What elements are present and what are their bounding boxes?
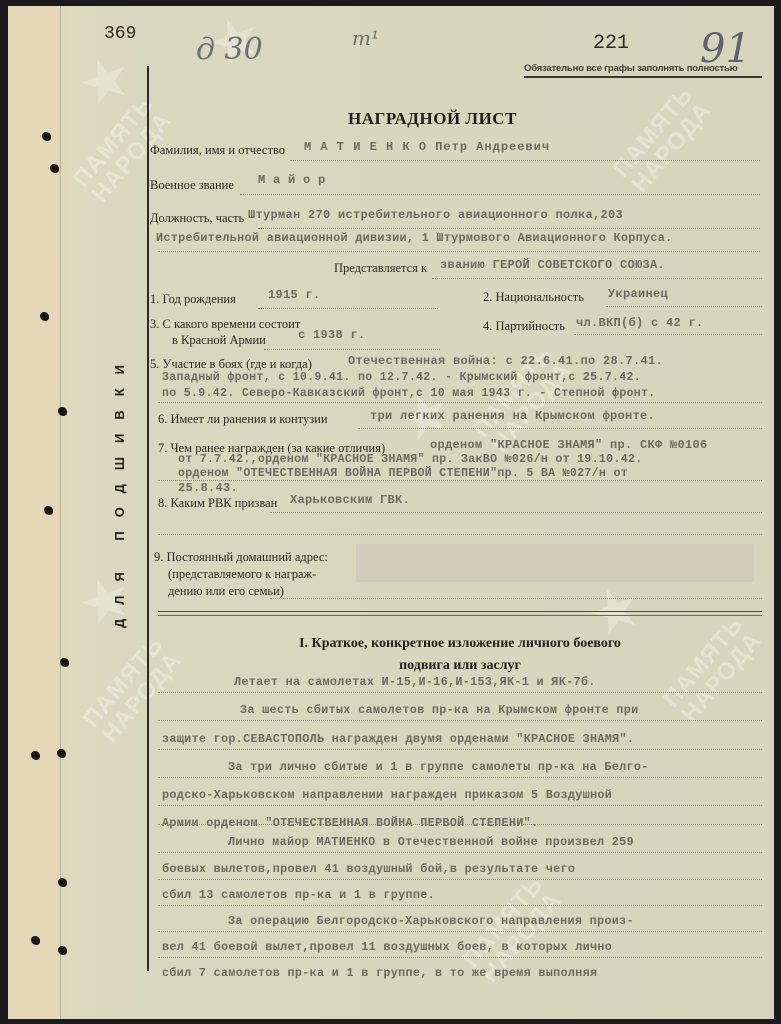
handwritten-note: д 30 [196,32,263,67]
position-label: Должность, часть [150,211,244,226]
field-underline [158,251,760,252]
army-since-value: с 1938 г. [298,328,366,342]
watermark-star-icon: ★ [68,559,142,643]
address-label-2: (представляемого к награж- [168,567,316,582]
punch-hole [60,658,69,667]
nationality-value: Украинец [608,287,668,301]
field-underline [158,852,762,853]
battles-value-2: Западный фронт, с 10.9.41. по 12.7.42. -… [162,371,641,384]
punch-hole [58,946,67,955]
field-underline [290,160,760,161]
position-value: Штурман 270 истребительного авиационного… [248,208,623,222]
narrative-line: Летает на самолетах И-15,И-16,И-153,ЯК-1… [234,675,596,689]
award-sheet: ★ ПАМЯТЬНАРОДА ★ ПАМЯТЬНАРОДА ★ ПАМЯТЬНА… [8,6,774,1019]
field-underline [258,228,760,229]
field-underline [158,824,762,825]
field-underline [606,306,762,307]
field-underline [158,692,762,693]
field-underline [258,308,438,309]
punch-hole [57,749,66,758]
nominated-label: Представляется к [334,261,427,276]
address-label-3: дению или его семьи) [168,584,284,599]
field-underline [432,278,762,279]
field-underline [264,349,440,350]
field-underline [158,879,762,880]
punch-hole [31,751,40,760]
party-label: 4. Партийность [483,319,565,334]
narrative-line: За три лично сбитые и 1 в группе самолет… [228,760,649,774]
field-underline [270,512,762,513]
narrative-line: сбил 7 самолетов пр-ка и 1 в группе, в т… [162,966,597,980]
page-number: 221 [593,32,629,55]
battles-value-3: по 5.9.42. Северо-Кавказский фронт,с 10 … [162,387,656,400]
field-underline [158,480,762,481]
rvk-label: 8. Каким РВК призван [158,496,277,511]
narrative-line: боевых вылетов,провел 41 воздушный бой,в… [162,862,575,876]
narrative-line: защите гор.СЕВАСТОПОЛЬ награжден двумя о… [162,732,634,746]
name-value: М А Т И Е Н К О Петр Андреевич [304,140,550,154]
form-border [147,66,149,971]
address-label: 9. Постоянный домашний адрес: [154,550,328,565]
section-divider [158,611,762,616]
rank-value: М а й о р [258,173,326,187]
birth-year-label: 1. Год рождения [150,292,236,307]
punch-hole [58,878,67,887]
archive-number: 369 [104,24,136,44]
notice: Обязательно все графы заполнять полность… [524,63,762,78]
field-underline [240,194,760,195]
punch-hole [40,312,49,321]
nationality-label: 2. Национальность [483,290,584,305]
punch-hole [50,164,59,173]
name-label: Фамилия, имя и отчество [150,143,285,158]
battles-label: 5. Участие в боях (где и когда) [150,357,312,372]
address-redacted [356,544,754,582]
birth-year-value: 1915 г. [268,288,321,302]
narrative-line: За шесть сбитых самолетов пр-ка на Крымс… [240,703,638,717]
section-title-2: подвига или заслуг [158,658,762,674]
rank-label: Военное звание [150,178,234,193]
narrative-line: вел 41 боевой вылет,провел 11 воздушных … [162,940,612,954]
field-underline [270,598,762,599]
field-underline [158,402,762,403]
previous-awards-value-2: от 7.7.42.,орденом "КРАСНОЕ ЗНАМЯ" пр. З… [178,453,642,466]
punch-hole [44,506,53,515]
narrative-line: За операцию Белгородско-Харьковского нап… [228,914,634,928]
field-underline [158,777,762,778]
rvk-value: Харьковским ГВК. [290,493,410,507]
position-value-2: Истребительной авиационной дивизии, 1 Шт… [156,231,673,245]
punch-hole [31,936,40,945]
binding-label: ДЛЯ ПОДШИВКИ [112,351,127,628]
field-underline [158,931,762,932]
field-underline [574,334,762,335]
field-underline [358,428,762,429]
narrative-line: сбил 13 самолетов пр-ка и 1 в группе. [162,888,435,902]
previous-awards-value-4: 25.8.43. [178,481,238,495]
narrative-line: Армии орденом "ОТЕЧЕСТВЕННАЯ ВОЙНА ПЕРВО… [162,816,538,830]
handwritten-note: т¹ [352,26,379,50]
wounds-label: 6. Имеет ли ранения и контузии [158,412,328,427]
document-title: НАГРАДНОЙ ЛИСТ [348,109,517,129]
punch-hole [58,407,67,416]
field-underline [158,534,762,535]
field-underline [158,905,762,906]
section-title: I. Краткое, конкретное изложение личного… [158,636,762,652]
watermark: ПАМЯТЬНАРОДА [609,83,716,198]
field-underline [158,749,762,750]
field-underline [158,805,762,806]
narrative-line: родско-Харьковском направлении награжден… [162,788,612,802]
narrative-line: Лично майор МАТИЕНКО в Отечественной вой… [228,835,634,849]
field-underline [158,720,762,721]
party-value: чл.ВКП(б) с 42 г. [576,316,704,330]
battles-value: Отечественная война: с 22.6.41.по 28.7.4… [348,354,663,368]
previous-awards-value-3: орденом "ОТЕЧЕСТВЕННАЯ ВОЙНА ПЕРВОЙ СТЕП… [178,467,628,480]
fold-line [60,6,61,1019]
army-since-label: 3. С какого времени состоит [150,317,300,332]
wounds-value: три легких ранения на Крымском фронте. [370,409,655,423]
punch-hole [42,132,51,141]
army-since-label-2: в Красной Армии [172,333,266,348]
field-underline [158,957,762,958]
nominated-value: званию ГЕРОЙ СОВЕТСКОГО СОЮЗА. [440,258,665,272]
previous-awards-value: орденом "КРАСНОЕ ЗНАМЯ" пр. СКФ №0106 [430,438,708,452]
